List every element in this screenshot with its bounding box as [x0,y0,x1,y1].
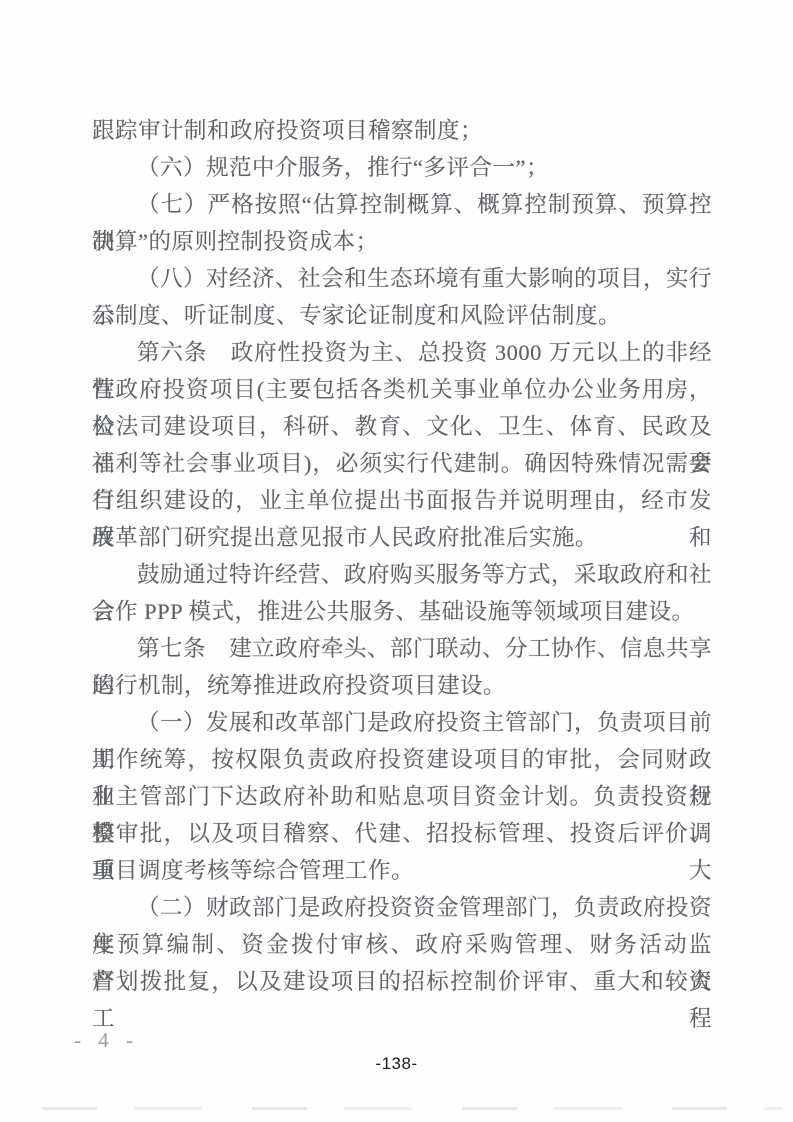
text-line: 业主管部门下达政府补助和贴息项目资金计划。负责投资规模调 [92,778,712,815]
text-line: 第七条 建立政府牵头、部门联动、分工协作、信息共享的 [92,630,712,667]
text-line: 检法司建设项目，科研、教育、文化、卫生、体育、民政及社会 [92,408,712,445]
text-line: 产划拨批复，以及建设项目的招标控制价评审、重大和较大工程 [92,963,712,1000]
text-line: 运行机制，统筹推进政府投资项目建设。 [92,667,712,704]
text-line: 合作 PPP 模式，推进公共服务、基础设施等领域项目建设。 [92,593,712,630]
text-line: 福利等社会事业项目)，必须实行代建制。确因特殊情况需要自 [92,445,712,482]
text-line: 决算”的原则控制投资成本； [92,223,712,260]
text-line: （八）对经济、社会和生态环境有重大影响的项目，实行公 [92,260,712,297]
text-line: 度预算编制、资金拨付审核、政府采购管理、财务活动监督、资 [92,926,712,963]
pdf-page-number: -138- [0,1054,793,1074]
text-line: （一）发展和改革部门是政府投资主管部门，负责项目前期 [92,704,712,741]
text-line: （二）财政部门是政府投资资金管理部门，负责政府投资年 [92,889,712,926]
scanned-document-page: 跟踪审计制和政府投资项目稽察制度； （六）规范中介服务，推行“多评合一”； （七… [0,0,793,1122]
text-line: （六）规范中介服务，推行“多评合一”； [92,149,712,186]
document-body: 跟踪审计制和政府投资项目稽察制度； （六）规范中介服务，推行“多评合一”； （七… [92,112,712,1000]
scan-artifact-line [42,1107,783,1110]
text-line: 性政府投资项目(主要包括各类机关事业单位办公业务用房，公 [92,371,712,408]
text-line: 第六条 政府性投资为主、总投资 3000 万元以上的非经营 [92,334,712,371]
text-line: 鼓励通过特许经营、政府购买服务等方式，采取政府和社会 [92,556,712,593]
scanned-page-number: - 4 - [74,1028,139,1053]
text-line: 跟踪审计制和政府投资项目稽察制度； [92,112,712,149]
text-line: （七）严格按照“估算控制概算、概算控制预算、预算控制 [92,186,712,223]
text-line: 行组织建设的，业主单位提出书面报告并说明理由，经市发展和 [92,482,712,519]
text-line: 示制度、听证制度、专家论证制度和风险评估制度。 [92,297,712,334]
text-line: 整审批，以及项目稽察、代建、招投标管理、投资后评价、重大 [92,815,712,852]
text-line: 工作统筹，按权限负责政府投资建设项目的审批，会同财政和行 [92,741,712,778]
